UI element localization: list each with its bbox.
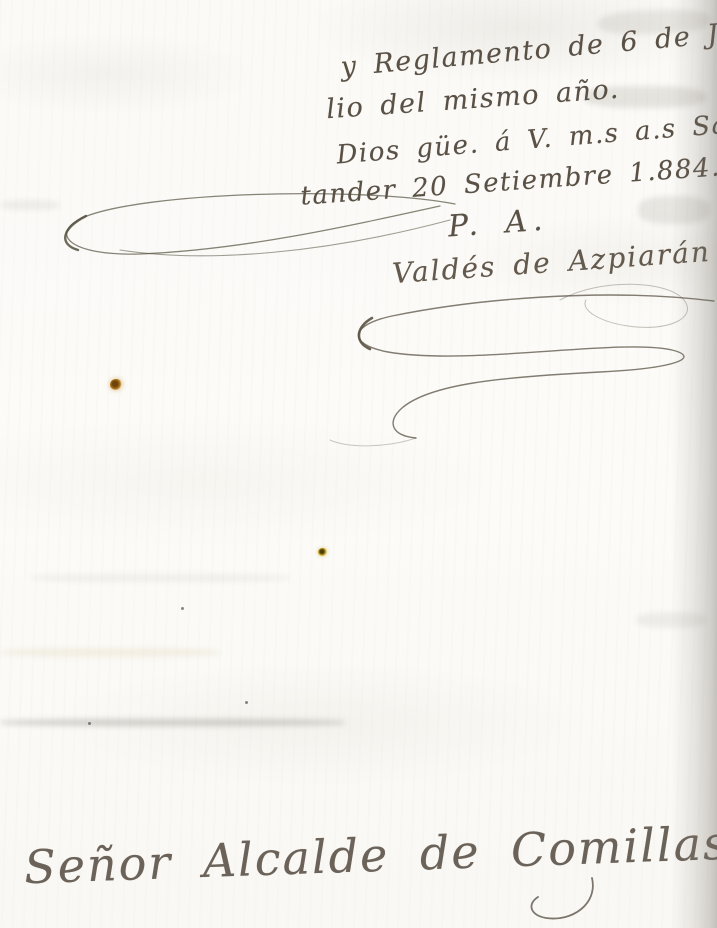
ink-speck (245, 701, 248, 704)
pen-flourish-signature (330, 284, 714, 446)
manuscript-line: y Reglamento de 6 de Ju- (339, 16, 717, 83)
ink-speck (88, 722, 91, 725)
addressee-line: Señor Alcalde de Comillas (23, 816, 717, 895)
signature-pa-label: P. A. (447, 203, 550, 245)
bleedthrough-smudge (30, 574, 290, 582)
signature-name: Valdés de Azpiarán (391, 235, 712, 290)
manuscript-page: y Reglamento de 6 de Ju- lio del mismo a… (0, 0, 717, 928)
yellow-foxing-stain (318, 548, 327, 556)
bleedthrough-smudge (638, 196, 710, 224)
bleedthrough-smudge (0, 200, 60, 210)
manuscript-line: lio del mismo año. (325, 74, 620, 125)
bleedthrough-smudge (0, 648, 220, 657)
orange-foxing-stain (110, 379, 122, 390)
ink-speck (181, 607, 184, 610)
pen-flourish-comillas-tail (531, 878, 592, 919)
bleedthrough-smudge (636, 612, 706, 628)
bleedthrough-streak (0, 719, 345, 726)
